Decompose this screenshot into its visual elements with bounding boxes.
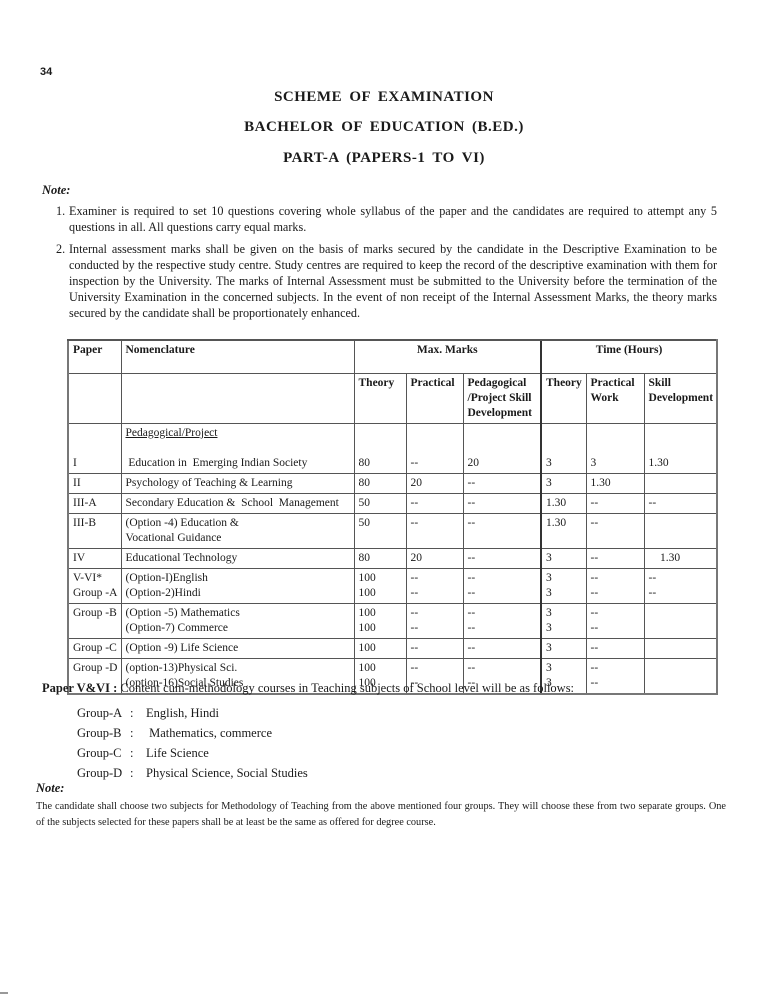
cell-line: III-B (73, 516, 117, 531)
cell-line: 3 (591, 456, 640, 471)
cell-max-theory: 80 (354, 424, 406, 474)
cell-line: Psychology of Teaching & Learning (126, 476, 350, 491)
cell-line: 3 (546, 606, 582, 621)
group-colon: : (130, 723, 146, 743)
cell-line: -- (411, 621, 459, 636)
cell-line: 3 (546, 661, 582, 676)
cell-line: -- (411, 571, 459, 586)
group-colon: : (130, 703, 146, 723)
cell-time-theory: 33 (541, 604, 586, 639)
cell-line: 100 (359, 571, 402, 586)
cell-line: -- (649, 571, 713, 586)
cell-time-skill: 1.30 (644, 424, 717, 474)
header-max-marks: Max. Marks (354, 340, 541, 374)
cell-time-skill (644, 514, 717, 549)
cell-line: 3 (546, 641, 582, 656)
cell-line: (Option -4) Education & (126, 516, 350, 531)
cell-paper: IV (68, 549, 121, 569)
cell-line: -- (468, 586, 537, 601)
cell-max-theory: 100100 (354, 604, 406, 639)
header-time-theory: Theory (541, 374, 586, 424)
header-time-practical: Practical Work (586, 374, 644, 424)
note-item: 2.Internal assessment marks shall be giv… (57, 241, 717, 321)
cell-line: 20 (411, 476, 459, 491)
cell-max-practical: 20 (406, 549, 463, 569)
cell-max-pedagogical: -- (463, 639, 541, 659)
group-subjects: Physical Science, Social Studies (146, 763, 308, 783)
cell-time-practical: -- (586, 639, 644, 659)
cell-max-theory: 100 (354, 639, 406, 659)
cell-line (649, 516, 713, 531)
cell-nomenclature: (Option -4) Education &Vocational Guidan… (121, 514, 354, 549)
cell-line: 20 (411, 551, 459, 566)
cell-max-practical: -- (406, 639, 463, 659)
cell-max-practical: -- (406, 494, 463, 514)
cell-line (649, 661, 713, 676)
cell-line: -- (591, 496, 640, 511)
table-row: III-ASecondary Education & School Manage… (68, 494, 717, 514)
cell-line: -- (591, 661, 640, 676)
cell-line: -- (591, 621, 640, 636)
cell-max-pedagogical: ---- (463, 569, 541, 604)
cell-line: (Option-I)English (126, 571, 350, 586)
cell-line: 100 (359, 641, 402, 656)
cell-nomenclature: Educational Technology (121, 549, 354, 569)
cell-paper: III-A (68, 494, 121, 514)
document-title: SCHEME OF EXAMINATION (0, 89, 768, 106)
cell-paper: III-B (68, 514, 121, 549)
cell-line: -- (468, 641, 537, 656)
cell-nomenclature: Psychology of Teaching & Learning (121, 474, 354, 494)
cell-time-theory: 1.30 (541, 494, 586, 514)
cell-max-theory: 50 (354, 494, 406, 514)
cell-max-practical: ---- (406, 604, 463, 639)
cell-line (649, 476, 713, 491)
cell-line: 100 (359, 621, 402, 636)
cell-time-skill (644, 639, 717, 659)
cell-line: -- (468, 551, 537, 566)
group-name: Group-C (77, 743, 130, 763)
group-row: Group-B: Mathematics, commerce (77, 723, 308, 743)
cell-time-skill: 1.30 (644, 549, 717, 569)
cell-time-theory: 3 (541, 549, 586, 569)
cell-line: -- (591, 516, 640, 531)
cell-time-theory: 33 (541, 569, 586, 604)
cell-line: -- (468, 516, 537, 531)
cell-time-skill: ---- (644, 569, 717, 604)
cell-max-theory: 50 (354, 514, 406, 549)
note-text: Examiner is required to set 10 questions… (69, 204, 717, 234)
cell-line: (Option-2)Hindi (126, 586, 350, 601)
cell-max-practical: -- (406, 424, 463, 474)
cell-max-practical: -- (406, 514, 463, 549)
cell-line: -- (411, 456, 459, 471)
cell-line: Vocational Guidance (126, 531, 350, 546)
cell-nomenclature: (Option -9) Life Science (121, 639, 354, 659)
group-name: Group-B (77, 723, 130, 743)
cell-paper: V-VI*Group -A (68, 569, 121, 604)
cell-line: (Option-7) Commerce (126, 621, 350, 636)
second-note-heading: Note: (36, 781, 64, 796)
cell-max-theory: 80 (354, 549, 406, 569)
cell-time-practical: 1.30 (586, 474, 644, 494)
header-nomenclature: Nomenclature (121, 340, 354, 374)
cell-line: III-A (73, 496, 117, 511)
cell-line: II (73, 476, 117, 491)
cell-line: (Option -9) Life Science (126, 641, 350, 656)
cell-line: -- (468, 476, 537, 491)
group-subjects: Mathematics, commerce (146, 723, 272, 743)
cell-line: -- (411, 661, 459, 676)
cell-line: 50 (359, 516, 402, 531)
group-subjects: Life Science (146, 743, 209, 763)
cell-line: -- (468, 571, 537, 586)
header-mm-practical: Practical (406, 374, 463, 424)
group-name: Group-A (77, 703, 130, 723)
cell-line: -- (468, 621, 537, 636)
cell-time-practical: -- (586, 549, 644, 569)
cell-line: 3 (546, 571, 582, 586)
cell-line: 3 (546, 621, 582, 636)
paper-v-vi-label: Paper V&VI : (42, 681, 117, 695)
cell-time-practical: -- (586, 494, 644, 514)
cell-line: 1.30 (546, 516, 582, 531)
document-part-title: PART-A (PAPERS-1 TO VI) (0, 150, 768, 167)
cell-line: -- (649, 496, 713, 511)
cell-line: -- (591, 606, 640, 621)
cell-time-theory: 3 (541, 474, 586, 494)
cell-max-pedagogical: -- (463, 474, 541, 494)
cell-line: 100 (359, 661, 402, 676)
cell-line: (option-13)Physical Sci. (126, 661, 350, 676)
cell-paper: I (68, 424, 121, 474)
cell-line: 1.30 (546, 496, 582, 511)
cell-max-theory: 100100 (354, 569, 406, 604)
cell-line: I (73, 456, 117, 471)
cell-line: 1.30 (591, 476, 640, 491)
cell-line: 1.30 (649, 456, 713, 471)
group-colon: : (130, 763, 146, 783)
note-heading: Note: (42, 183, 70, 198)
cell-line: -- (649, 586, 713, 601)
cell-line: 80 (359, 476, 402, 491)
cell-max-pedagogical: ---- (463, 604, 541, 639)
header-time-hours: Time (Hours) (541, 340, 717, 374)
header-mm-theory: Theory (354, 374, 406, 424)
cell-time-practical: ---- (586, 604, 644, 639)
cell-line: -- (411, 516, 459, 531)
header-time-skill: Skill Development (644, 374, 717, 424)
cell-line: -- (468, 496, 537, 511)
cell-line: -- (591, 676, 640, 691)
cell-line: 100 (359, 606, 402, 621)
cell-line: -- (468, 661, 537, 676)
cell-time-practical: -- (586, 514, 644, 549)
cell-line: -- (591, 586, 640, 601)
cell-max-pedagogical: -- (463, 494, 541, 514)
table-row: Group -B(Option -5) Mathematics(Option-7… (68, 604, 717, 639)
cell-line: -- (591, 641, 640, 656)
cell-line: Secondary Education & School Management (126, 496, 350, 511)
cell-line: 3 (546, 476, 582, 491)
cell-nomenclature: (Option-I)English(Option-2)Hindi (121, 569, 354, 604)
cell-line: -- (591, 571, 640, 586)
note-number: 2. (56, 241, 65, 257)
cell-line: (Option -5) Mathematics (126, 606, 350, 621)
cell-paper: Group -B (68, 604, 121, 639)
cell-line: 3 (546, 456, 582, 471)
header-paper: Paper (68, 340, 121, 374)
header-empty (68, 374, 121, 424)
document-subtitle: BACHELOR OF EDUCATION (B.ED.) (0, 119, 768, 136)
cell-line: -- (591, 551, 640, 566)
cell-line: Group -D (73, 661, 117, 676)
cell-paper: Group -C (68, 639, 121, 659)
cell-line: -- (411, 586, 459, 601)
cell-line: IV (73, 551, 117, 566)
cell-line: Group -C (73, 641, 117, 656)
table-row: III-B(Option -4) Education &Vocational G… (68, 514, 717, 549)
cell-max-pedagogical: -- (463, 514, 541, 549)
cell-line: 50 (359, 496, 402, 511)
header-mm-pedagogical: Pedagogical /Project Skill Development (463, 374, 541, 424)
cell-nomenclature: Pedagogical/Project Education in Emergin… (121, 424, 354, 474)
cell-line: 20 (468, 456, 537, 471)
subject-groups-list: Group-A:English, Hindi Group-B: Mathemat… (77, 703, 308, 783)
table-row: IVEducational Technology8020--3-- 1.30 (68, 549, 717, 569)
cell-line: -- (468, 606, 537, 621)
cell-line: V-VI* (73, 571, 117, 586)
header-empty (121, 374, 354, 424)
cell-max-pedagogical: 20 (463, 424, 541, 474)
paper-v-vi-statement: Paper V&VI : Content cum-methodology cou… (42, 681, 574, 696)
cell-max-pedagogical: -- (463, 549, 541, 569)
cell-nomenclature: Secondary Education & School Management (121, 494, 354, 514)
cell-line: -- (411, 641, 459, 656)
cell-time-skill (644, 604, 717, 639)
cell-max-practical: ---- (406, 569, 463, 604)
cell-time-skill (644, 659, 717, 695)
cell-time-practical: ---- (586, 569, 644, 604)
note-item: 1.Examiner is required to set 10 questio… (57, 203, 717, 235)
group-row: Group-D:Physical Science, Social Studies (77, 763, 308, 783)
cell-line: 1.30 (649, 551, 713, 566)
cell-max-theory: 80 (354, 474, 406, 494)
section-label-pedagogical-project: Pedagogical/Project (126, 426, 218, 456)
group-row: Group-A:English, Hindi (77, 703, 308, 723)
cell-time-practical: ---- (586, 659, 644, 695)
paper-v-vi-text: Content cum-methodology courses in Teach… (117, 681, 574, 695)
cell-line: Educational Technology (126, 551, 350, 566)
page-number: 34 (40, 66, 52, 78)
cell-line: 3 (546, 586, 582, 601)
group-colon: : (130, 743, 146, 763)
cell-line: 100 (359, 586, 402, 601)
examination-scheme-table: Paper Nomenclature Max. Marks Time (Hour… (67, 339, 718, 695)
final-note-text: The candidate shall choose two subjects … (36, 799, 726, 831)
table-row: IPedagogical/Project Education in Emergi… (68, 424, 717, 474)
cell-line (649, 606, 713, 621)
cell-paper: II (68, 474, 121, 494)
cell-time-theory: 1.30 (541, 514, 586, 549)
cell-time-skill: -- (644, 494, 717, 514)
table-row: Group -C(Option -9) Life Science100----3… (68, 639, 717, 659)
table-row: V-VI*Group -A(Option-I)English(Option-2)… (68, 569, 717, 604)
cell-max-practical: 20 (406, 474, 463, 494)
cell-nomenclature: (Option -5) Mathematics(Option-7) Commer… (121, 604, 354, 639)
cell-line: Group -A (73, 586, 117, 601)
cell-line (649, 641, 713, 656)
table-row: IIPsychology of Teaching & Learning8020-… (68, 474, 717, 494)
note-number: 1. (56, 203, 65, 219)
group-subjects: English, Hindi (146, 703, 219, 723)
cell-line: Group -B (73, 606, 117, 621)
cell-time-skill (644, 474, 717, 494)
note-text: Internal assessment marks shall be given… (69, 242, 717, 320)
cell-line: 80 (359, 551, 402, 566)
cell-line: Education in Emerging Indian Society (126, 456, 350, 471)
cell-time-theory: 3 (541, 639, 586, 659)
group-name: Group-D (77, 763, 130, 783)
cell-time-theory: 3 (541, 424, 586, 474)
cell-line: 80 (359, 456, 402, 471)
cell-line: -- (411, 496, 459, 511)
cell-line: 3 (546, 551, 582, 566)
notes-list: 1.Examiner is required to set 10 questio… (57, 203, 717, 327)
cell-time-practical: 3 (586, 424, 644, 474)
group-row: Group-C:Life Science (77, 743, 308, 763)
cell-line: -- (411, 606, 459, 621)
